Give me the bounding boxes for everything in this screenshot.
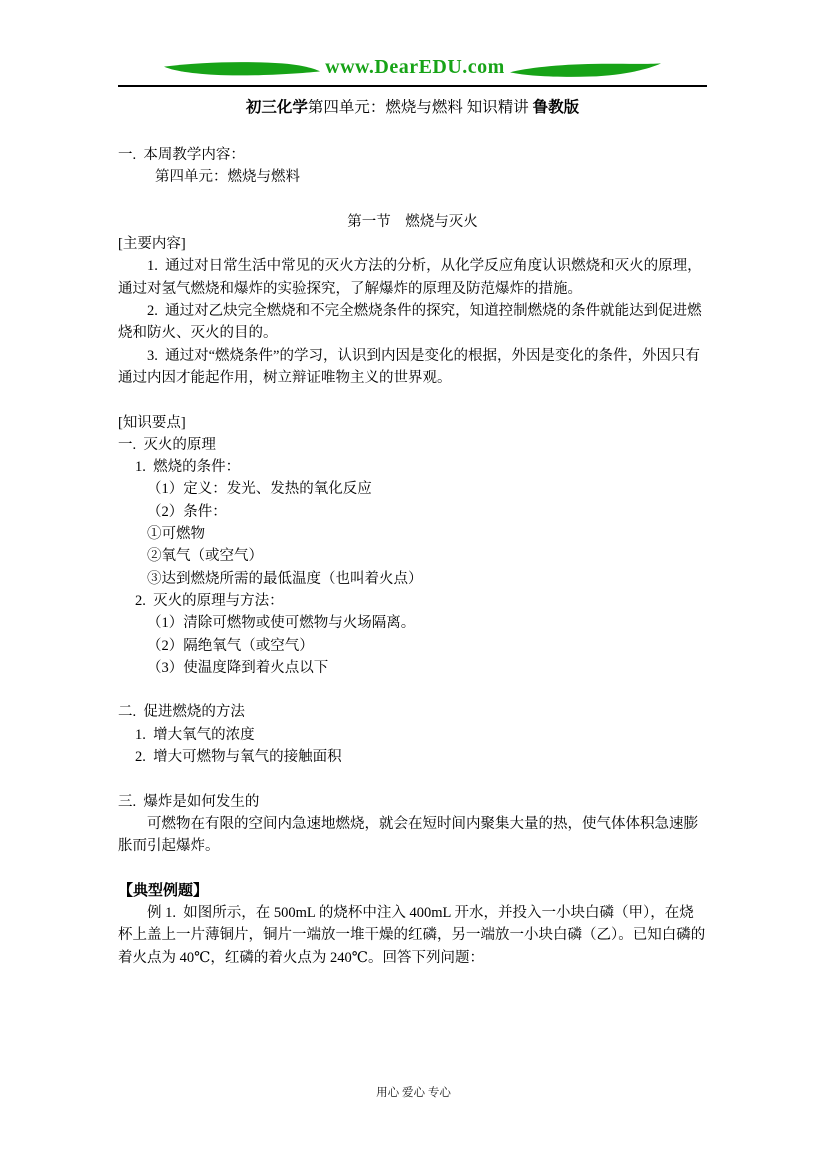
list-item: 2. 灭火的原理与方法： [118,590,707,612]
list-item: （1）定义：发光、发热的氧化反应 [118,478,707,500]
list-item: 1. 燃烧的条件： [118,456,707,478]
heading-promote-combustion: 二. 促进燃烧的方法 [118,701,707,723]
logo-text: www.DearEDU.com [325,52,505,82]
knowledge-points-label: [知识要点] [118,412,707,434]
list-item: ②氧气（或空气） [118,545,707,567]
list-item: ③达到燃烧所需的最低温度（也叫着火点） [118,568,707,590]
blank-line [118,858,707,880]
document-body: 一. 本周教学内容：第四单元：燃烧与燃料第一节 燃烧与灭火[主要内容]1. 通过… [118,144,707,969]
list-item: （2）条件： [118,501,707,523]
list-item: ①可燃物 [118,523,707,545]
header-rule [118,85,707,87]
document-page: www.DearEDU.com 初三化学第四单元：燃烧与燃料 知识精讲 鲁教版 … [0,0,827,1170]
paragraph: 可燃物在有限的空间内急速地燃烧，就会在短时间内聚集大量的热，使气体体积急速膨胀而… [118,813,707,858]
list-item: 1. 增大氧气的浓度 [118,724,707,746]
list-item: （3）使温度降到着火点以下 [118,657,707,679]
title-course-bold: 初三化学 [246,99,308,116]
example-1-paragraph: 例 1. 如图所示，在 500mL 的烧杯中注入 400mL 开水，并投入一小块… [118,902,707,969]
main-content-label: [主要内容] [118,233,707,255]
objective-item: 2. 通过对乙炔完全燃烧和不完全燃烧条件的探究，知道控制燃烧的条件就能达到促进燃… [118,300,707,345]
page-header: www.DearEDU.com [118,52,707,87]
heading-extinguish-principle: 一. 灭火的原理 [118,434,707,456]
list-item: （2）隔绝氧气（或空气） [118,635,707,657]
list-item: （1）清除可燃物或使可燃物与火场隔离。 [118,612,707,634]
dearedu-logo: www.DearEDU.com [118,52,707,82]
title-edition-bold: 鲁教版 [533,99,580,116]
title-middle: 第四单元：燃烧与燃料 知识精讲 [308,99,533,116]
blank-line [118,679,707,701]
objective-item: 3. 通过对“燃烧条件”的学习，认识到内因是变化的根据，外因是变化的条件，外因只… [118,345,707,390]
swoosh-left-icon [164,61,320,76]
blank-line [118,389,707,411]
blank-line [118,189,707,211]
list-item: 2. 增大可燃物与氧气的接触面积 [118,746,707,768]
heading-explosion: 三. 爆炸是如何发生的 [118,791,707,813]
swoosh-right-icon [510,62,661,77]
document-title: 初三化学第四单元：燃烧与燃料 知识精讲 鲁教版 [118,97,707,119]
blank-line [118,768,707,790]
page-footer: 用心 爱心 专心 [0,1084,827,1100]
section-heading: 第一节 燃烧与灭火 [118,211,707,233]
unit-line: 第四单元：燃烧与燃料 [118,166,707,188]
typical-examples-heading: 【典型例题】 [118,880,707,902]
heading-week-content: 一. 本周教学内容： [118,144,707,166]
objective-item: 1. 通过对日常生活中常见的灭火方法的分析，从化学反应角度认识燃烧和灭火的原理，… [118,255,707,300]
